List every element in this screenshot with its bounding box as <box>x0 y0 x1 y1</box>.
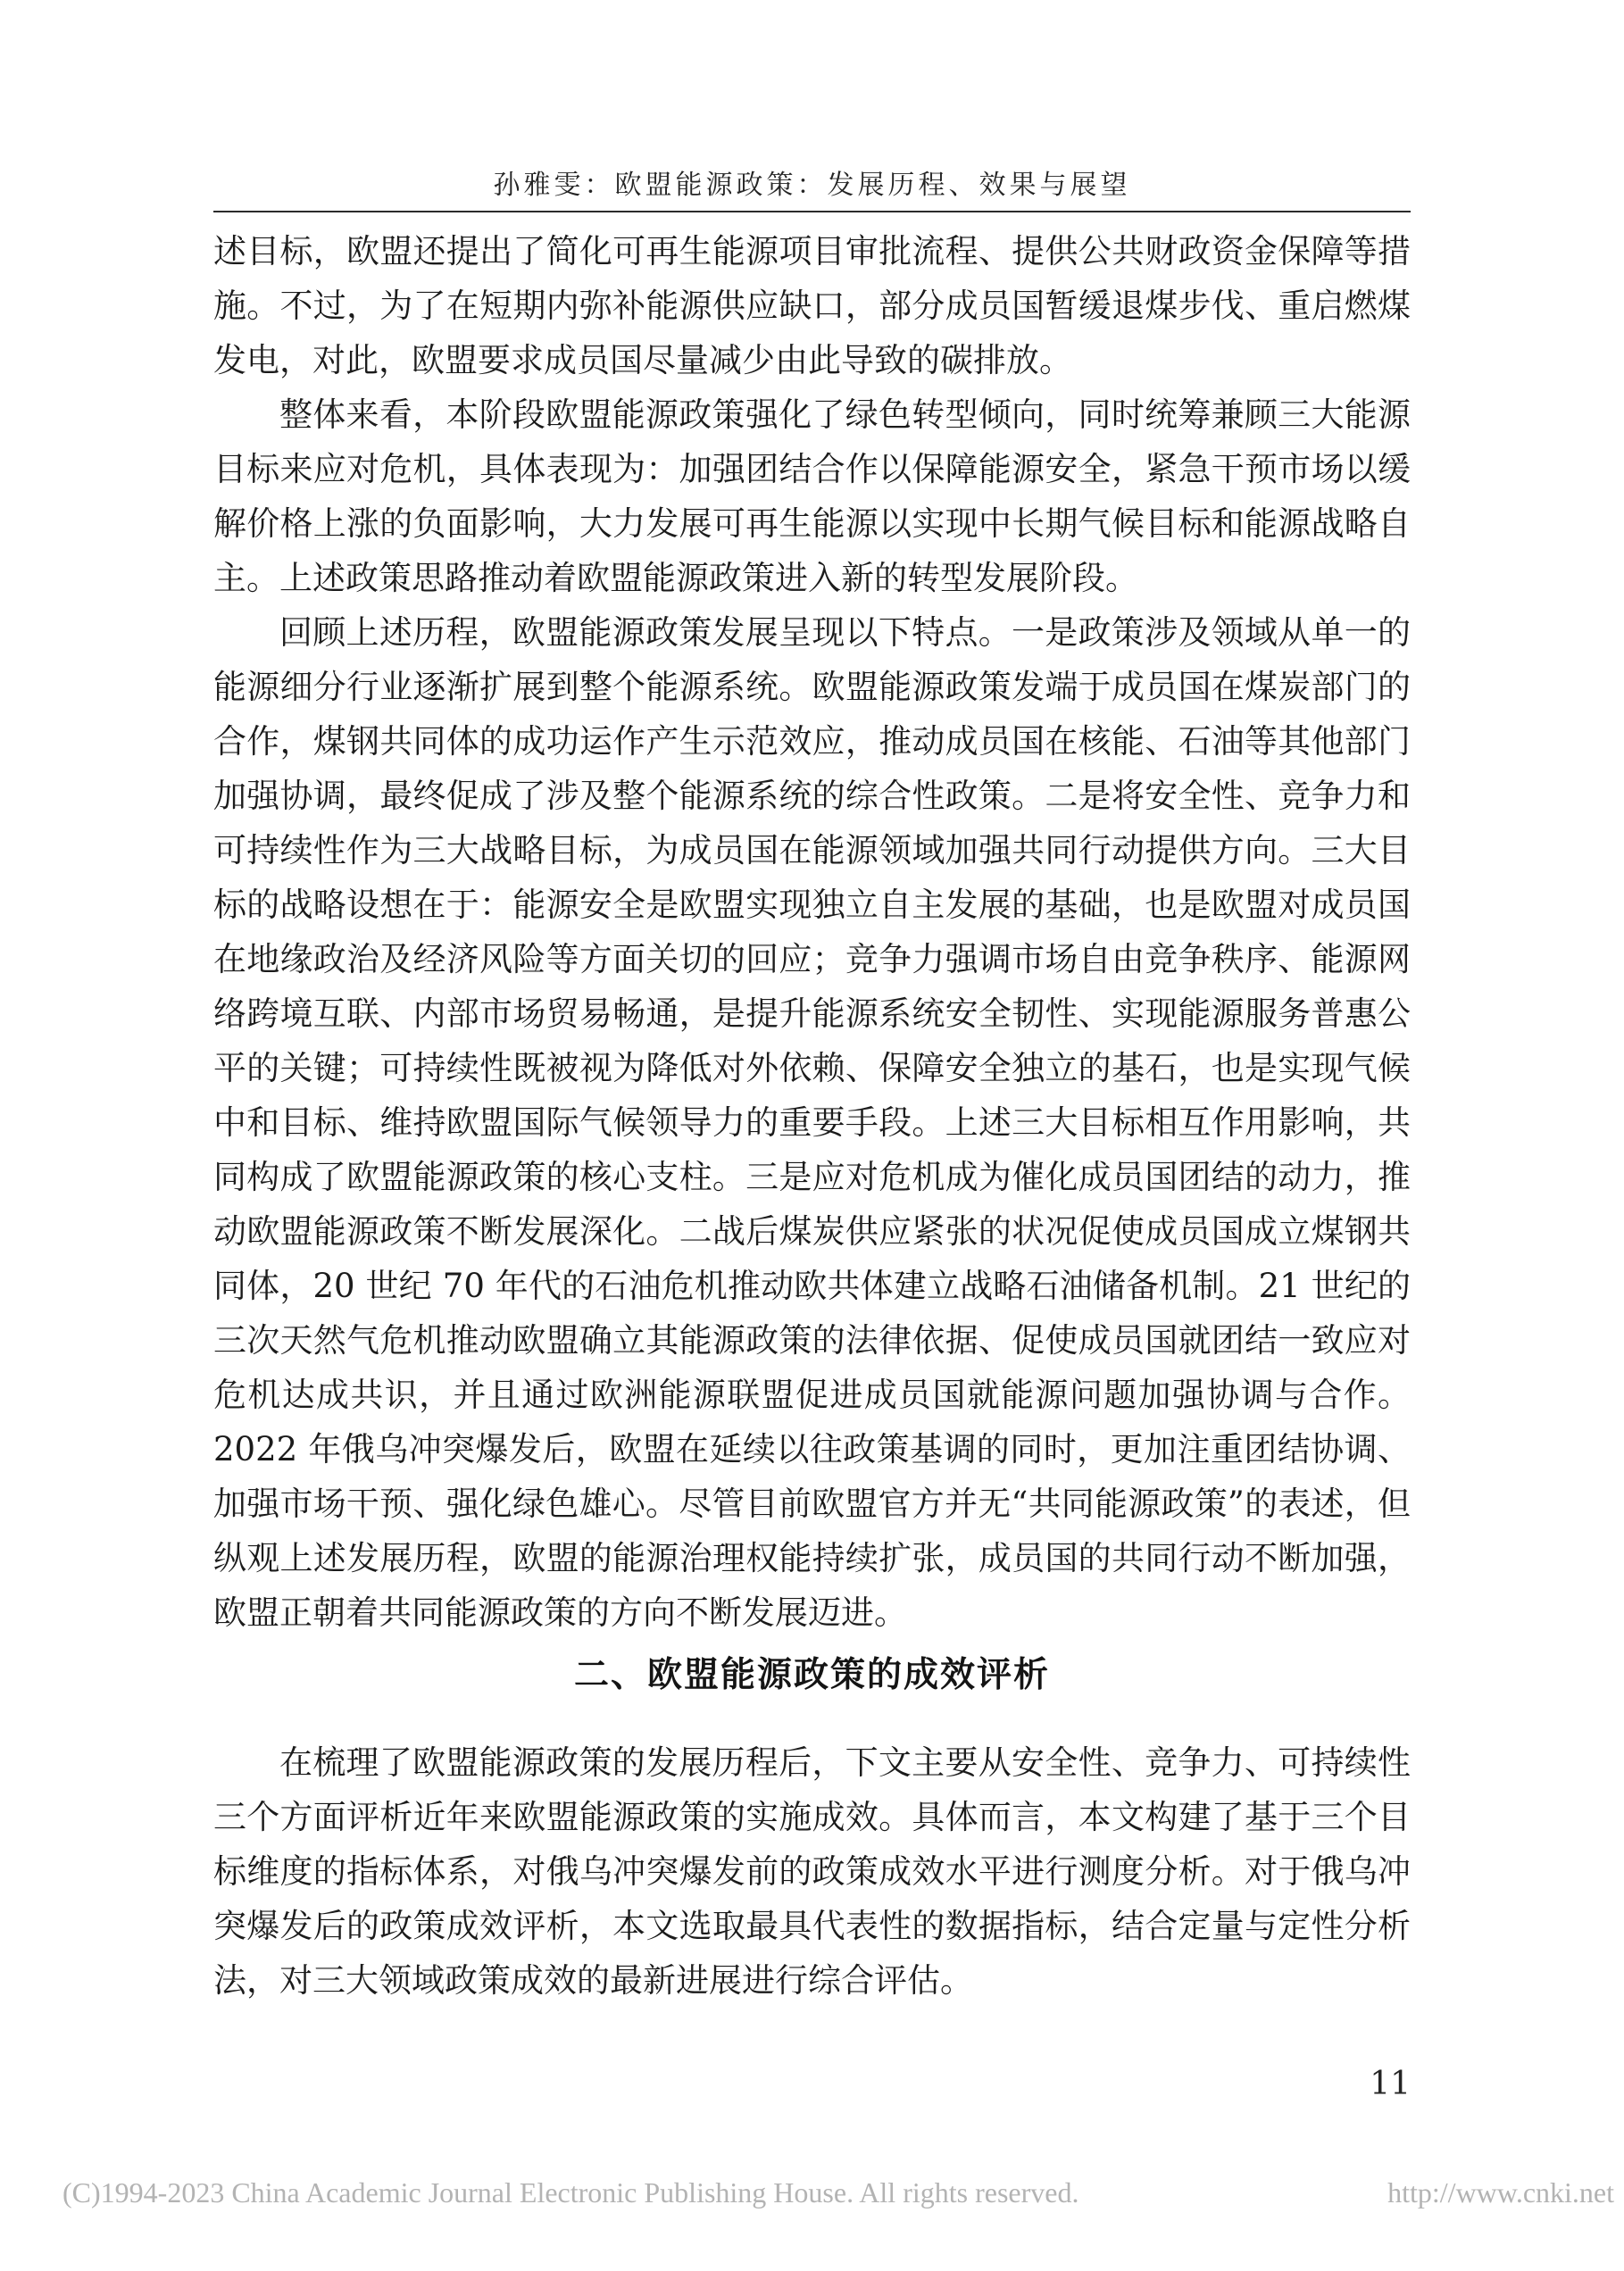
article-body: 述目标，欧盟还提出了简化可再生能源项目审批流程、提供公共财政资金保障等措施。不过… <box>213 224 1411 2008</box>
scanned-paper-page: 孙雅雯：欧盟能源政策：发展历程、效果与展望 述目标，欧盟还提出了简化可再生能源项… <box>0 0 1624 2271</box>
copyright-text: (C)1994-2023 China Academic Journal Elec… <box>62 2176 1079 2209</box>
running-header: 孙雅雯：欧盟能源政策：发展历程、效果与展望 <box>0 162 1624 202</box>
header-rule <box>213 211 1411 212</box>
cnki-url: http://www.cnki.net <box>1387 2176 1614 2209</box>
paragraph: 回顾上述历程，欧盟能源政策发展呈现以下特点。一是政策涉及领域从单一的能源细分行业… <box>213 605 1411 1640</box>
copyright-footer: (C)1994-2023 China Academic Journal Elec… <box>62 2176 1614 2209</box>
paragraph: 整体来看，本阶段欧盟能源政策强化了绿色转型倾向，同时统筹兼顾三大能源目标来应对危… <box>213 387 1411 605</box>
paragraph: 述目标，欧盟还提出了简化可再生能源项目审批流程、提供公共财政资金保障等措施。不过… <box>213 224 1411 387</box>
section-heading: 二、欧盟能源政策的成效评析 <box>213 1654 1411 1696</box>
page-number: 11 <box>213 2066 1411 2102</box>
paragraph: 在梳理了欧盟能源政策的发展历程后，下文主要从安全性、竞争力、可持续性三个方面评析… <box>213 1735 1411 2008</box>
